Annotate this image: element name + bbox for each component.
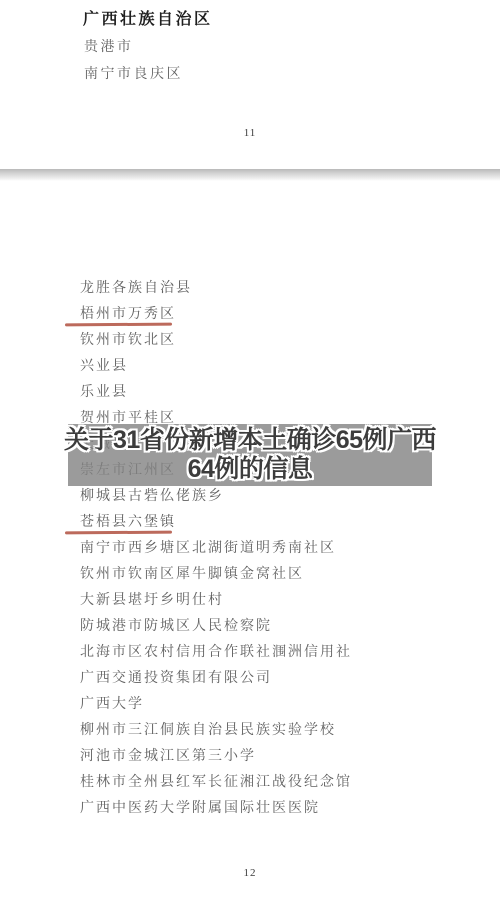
red-underline-annotation — [65, 323, 172, 327]
list-item-text: 大新县堪圩乡明仕村 — [80, 593, 224, 608]
list-item-text: 南宁市西乡塘区北湖街道明秀南社区 — [80, 541, 336, 556]
list-item: 大新县堪圩乡明仕村 — [0, 588, 500, 614]
list-item-text: 桂林市全州县红军长征湘江战役纪念馆 — [80, 775, 352, 790]
page-break-divider — [0, 169, 500, 181]
list-item-text: 钦州市钦南区犀牛脚镇金窝社区 — [80, 567, 304, 582]
list-item: 南宁市西乡塘区北湖街道明秀南社区 — [0, 536, 500, 562]
list-item: 南宁市良庆区 — [84, 63, 183, 83]
list-item: 苍梧县六堡镇 — [0, 510, 500, 536]
scanned-page-2-list: 龙胜各族自治县梧州市万秀区钦州市钦北区兴业县乐业县贺州市平桂区天峨县崇左市江州区… — [0, 276, 500, 822]
list-item: 北海市区农村信用合作联社涠洲信用社 — [0, 640, 500, 666]
list-item-text: 河池市金城江区第三小学 — [80, 749, 256, 764]
document-viewer: 广西壮族自治区 贵港市 南宁市良庆区 11 龙胜各族自治县梧州市万秀区钦州市钦北… — [0, 0, 500, 908]
list-item-text: 龙胜各族自治县 — [80, 281, 192, 296]
list-item-text: 广西中医药大学附属国际壮医医院 — [80, 801, 320, 816]
list-item: 兴业县 — [0, 354, 500, 380]
red-underline-annotation — [65, 531, 172, 535]
list-item-text: 广西交通投资集团有限公司 — [80, 671, 272, 686]
article-title-line2: 64例的信息 — [188, 455, 313, 484]
region-heading: 广西壮族自治区 — [83, 6, 213, 29]
list-item: 龙胜各族自治县 — [0, 276, 500, 302]
list-item-text: 防城港市防城区人民检察院 — [80, 619, 272, 634]
list-item-text: 梧州市万秀区 — [80, 307, 176, 322]
article-title-overlay: 关于31省份新增本土确诊65例广西 64例的信息 — [68, 424, 432, 486]
list-item-text: 乐业县 — [80, 385, 128, 400]
list-item-text: 钦州市钦北区 — [80, 333, 176, 348]
list-item-text: 柳州市三江侗族自治县民族实验学校 — [80, 723, 336, 738]
list-item: 广西中医药大学附属国际壮医医院 — [0, 796, 500, 822]
page-number-12: 12 — [0, 867, 500, 879]
list-item: 梧州市万秀区 — [0, 302, 500, 328]
list-item: 钦州市钦南区犀牛脚镇金窝社区 — [0, 562, 500, 588]
list-item-text: 兴业县 — [80, 359, 128, 374]
page-number-11: 11 — [0, 127, 500, 139]
list-item: 柳州市三江侗族自治县民族实验学校 — [0, 718, 500, 744]
list-item: 河池市金城江区第三小学 — [0, 744, 500, 770]
list-item: 广西交通投资集团有限公司 — [0, 666, 500, 692]
list-item-text: 广西大学 — [80, 697, 144, 712]
article-title-line1: 关于31省份新增本土确诊65例广西 — [64, 426, 436, 455]
list-item: 乐业县 — [0, 380, 500, 406]
list-item: 贵港市 — [84, 36, 134, 56]
list-item: 防城港市防城区人民检察院 — [0, 614, 500, 640]
list-item: 桂林市全州县红军长征湘江战役纪念馆 — [0, 770, 500, 796]
list-item: 柳城县古砦仫佬族乡 — [0, 484, 500, 510]
list-item: 广西大学 — [0, 692, 500, 718]
list-item-text: 苍梧县六堡镇 — [80, 515, 176, 530]
list-item: 钦州市钦北区 — [0, 328, 500, 354]
list-item-text: 柳城县古砦仫佬族乡 — [80, 489, 224, 504]
list-item-text: 北海市区农村信用合作联社涠洲信用社 — [80, 645, 352, 660]
